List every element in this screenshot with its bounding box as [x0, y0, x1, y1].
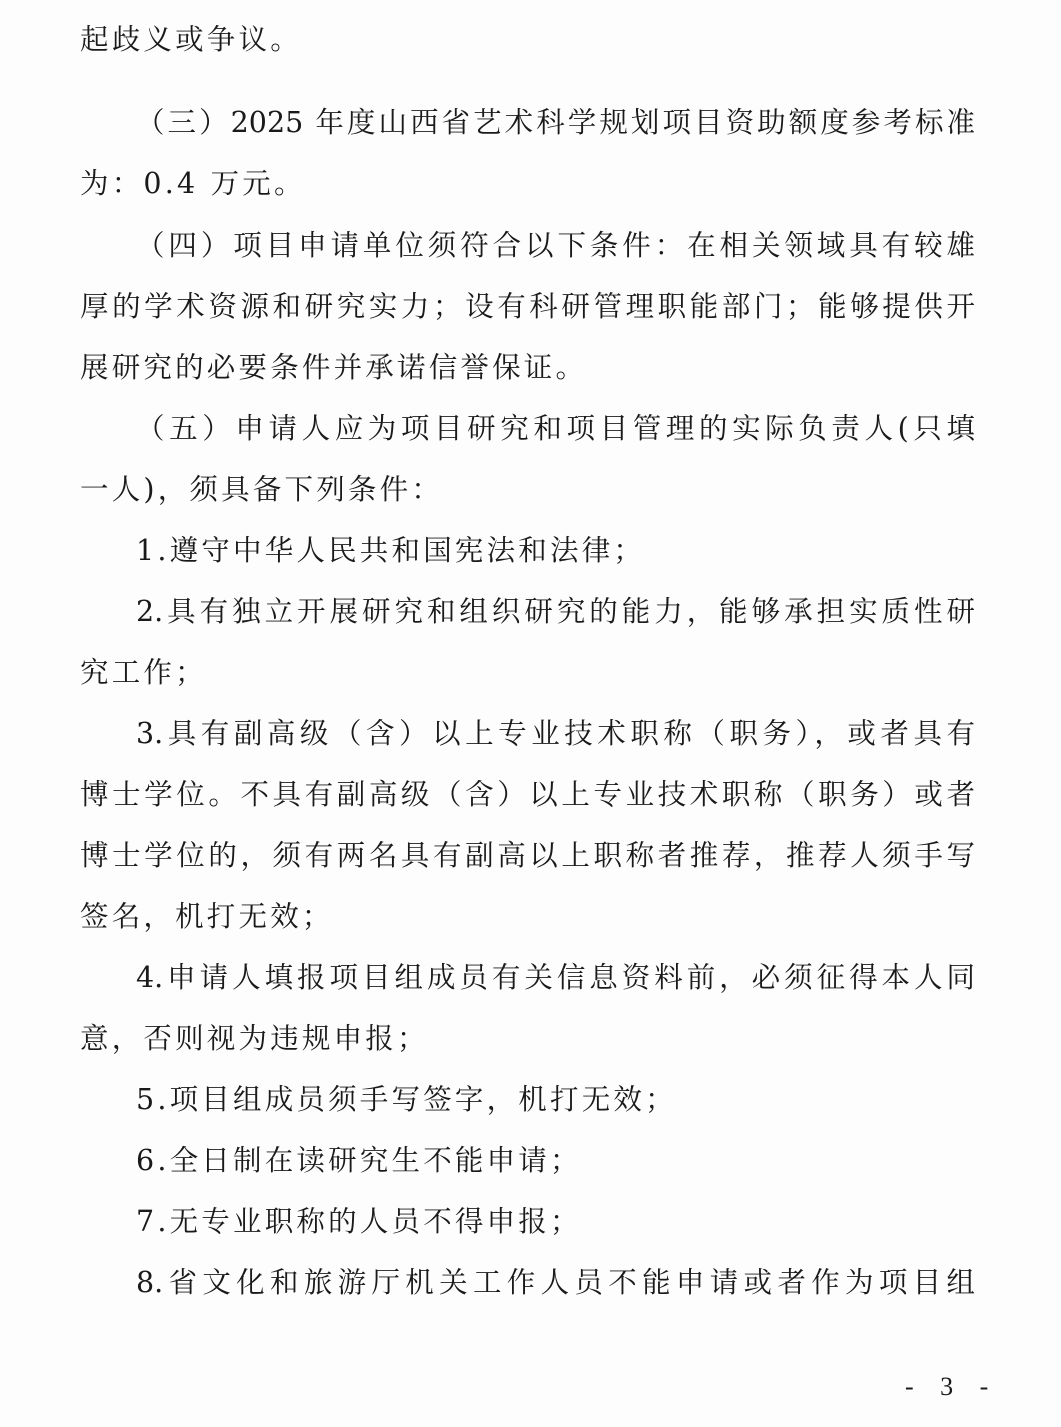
text-line: 5.项目组成员须手写签字，机打无效；: [136, 1080, 975, 1120]
text-line: 究工作；: [80, 653, 975, 693]
text-line: （四）项目申请单位须符合以下条件：在相关领域具有较雄: [136, 226, 975, 266]
text-line: 签名，机打无效；: [80, 897, 975, 937]
page-number: - 3 -: [905, 1372, 998, 1402]
text-line: （三）2025 年度山西省艺术科学规划项目资助额度参考标准: [136, 103, 975, 143]
text-line: 1.遵守中华人民共和国宪法和法律；: [136, 531, 975, 571]
text-line: （五）申请人应为项目研究和项目管理的实际负责人(只填: [136, 409, 975, 449]
text-line: 一人)，须具备下列条件：: [80, 470, 975, 510]
text-line: 3.具有副高级（含）以上专业技术职称（职务），或者具有: [136, 714, 975, 754]
text-line: 起歧义或争议。: [80, 20, 975, 60]
text-line: 6.全日制在读研究生不能申请；: [136, 1141, 975, 1181]
text-line: 厚的学术资源和研究实力；设有科研管理职能部门；能够提供开: [80, 287, 975, 327]
text-line: 为：0.4 万元。: [80, 164, 975, 204]
text-line: 2.具有独立开展研究和组织研究的能力，能够承担实质性研: [136, 592, 975, 632]
text-line: 意，否则视为违规申报；: [80, 1019, 975, 1059]
text-line: 7.无专业职称的人员不得申报；: [136, 1202, 975, 1242]
text-line: 博士学位的，须有两名具有副高以上职称者推荐，推荐人须手写: [80, 836, 975, 876]
document-page: 起歧义或争议。（三）2025 年度山西省艺术科学规划项目资助额度参考标准为：0.…: [0, 0, 1061, 1427]
text-line: 博士学位。不具有副高级（含）以上专业技术职称（职务）或者: [80, 775, 975, 815]
text-line: 4.申请人填报项目组成员有关信息资料前，必须征得本人同: [136, 958, 975, 998]
text-line: 展研究的必要条件并承诺信誉保证。: [80, 348, 975, 388]
text-line: 8.省文化和旅游厅机关工作人员不能申请或者作为项目组: [136, 1263, 975, 1303]
